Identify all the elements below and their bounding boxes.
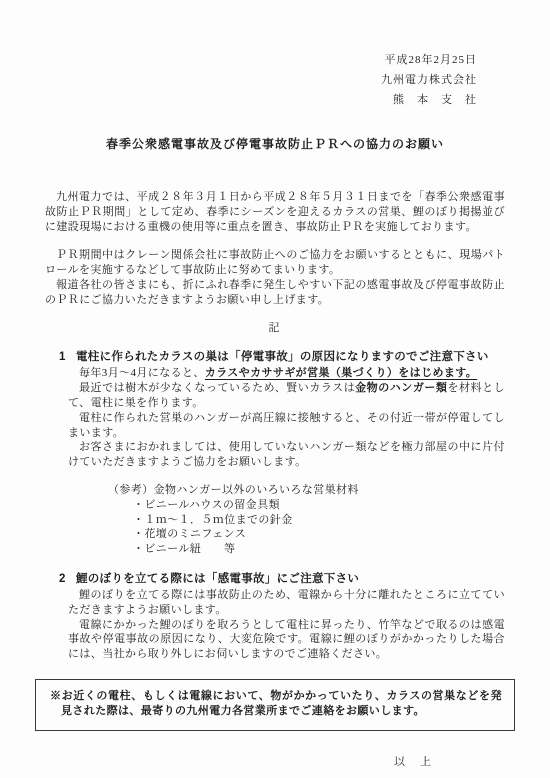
section-2-body: 鯉のぼりを立てる際には事故防止のため、電線から十分に離れたところに立てていただき… — [68, 588, 505, 662]
section-1-heading-text: 電柱に作られたカラスの巣は「停電事故」の原因になりますのでご注意下さい — [76, 350, 489, 365]
record-separator: 記 — [45, 321, 505, 336]
hanger-bold: 金物のハンガー類 — [355, 382, 447, 394]
doc-title: 春季公衆感電事故及び停電事故防止ＰＲへの協力のお願い — [45, 136, 505, 152]
section-2-paragraph-1: 鯉のぼりを立てる際には事故防止のため、電線から十分に離れたところに立てていただき… — [68, 588, 505, 618]
reference-list: ・ビニールハウスの留金具類 ・１ｍ～１．５ｍ位までの針金 ・花壇のミニフェンス … — [133, 498, 505, 557]
intro-paragraph-3: 報道各社の皆さまにも、折にふれ春季に発生しやすい下記の感電事故及び停電事故防止の… — [45, 278, 505, 308]
section-2-heading-text: 鯉のぼりを立てる際には「感電事故」にご注意下さい — [76, 572, 359, 587]
hanger-note-pre: 最近では樹木が少なくなっているため、賢いカラスは — [79, 382, 355, 394]
intro-block: 九州電力では、平成２８年３月１日から平成２８年５月３１日までを「春季公衆感電事故… — [45, 190, 505, 308]
section-2-heading: 2 鯉のぼりを立てる際には「感電事故」にご注意下さい — [45, 572, 505, 587]
document-header: 平成28年2月25日 九州電力株式会社 熊 本 支 社 — [45, 50, 505, 110]
reference-item: ・花壇のミニフェンス — [133, 527, 505, 542]
company-name: 九州電力株式会社 — [45, 70, 477, 90]
section-1-paragraph-2: 最近では樹木が少なくなっているため、賢いカラスは金物のハンガー類を材料として、電… — [68, 381, 505, 411]
section-1-body: 毎年3月～4月になると、カラスやカササギが営巣（巣づくり）をはじめます。 最近で… — [68, 366, 505, 557]
section-2: 2 鯉のぼりを立てる際には「感電事故」にご注意下さい 鯉のぼりを立てる際には事故… — [45, 572, 505, 662]
section-1-heading: 1 電柱に作られたカラスの巣は「停電事故」の原因になりますのでご注意下さい — [45, 350, 505, 365]
section-1: 1 電柱に作られたカラスの巣は「停電事故」の原因になりますのでご注意下さい 毎年… — [45, 350, 505, 557]
closing-label: 以 上 — [45, 755, 505, 770]
season-note: 毎年3月～4月になると、 — [79, 367, 205, 379]
branch-name: 熊 本 支 社 — [45, 90, 477, 110]
intro-paragraph-1: 九州電力では、平成２８年３月１日から平成２８年５月３１日までを「春季公衆感電事故… — [45, 190, 505, 234]
reference-item: ・ビニールハウスの留金具類 — [133, 498, 505, 513]
section-1-paragraph-4: お客さまにおかれましては、使用していないハンガー類などを極力部屋の中に片付けてい… — [68, 440, 505, 470]
section-2-number: 2 — [45, 572, 76, 587]
notice-box: ※お近くの電柱、もしくは電線において、物がかかっていたり、カラスの営巣などを発見… — [35, 679, 515, 731]
intro-paragraph-2: ＰＲ期間中はクレーン関係会社に事故防止へのご協力をお願いするとともに、現場パトロ… — [45, 248, 505, 278]
section-1-number: 1 — [45, 350, 76, 365]
notice-text: ※お近くの電柱、もしくは電線において、物がかかっていたり、カラスの営巣などを発見… — [50, 689, 502, 720]
section-1-paragraph-1: 毎年3月～4月になると、カラスやカササギが営巣（巣づくり）をはじめます。 — [68, 366, 505, 381]
reference-block: （参考）金物ハンガー以外のいろいろな営巣材料 ・ビニールハウスの留金具類 ・１ｍ… — [108, 483, 505, 557]
reference-item: ・１ｍ～１．５ｍ位までの針金 — [133, 513, 505, 528]
section-1-paragraph-3: 電柱に作られた営巣のハンガーが高圧線に接触すると、その付近一帯が停電してしまいま… — [68, 411, 505, 441]
doc-date: 平成28年2月25日 — [45, 50, 477, 70]
reference-label: （参考）金物ハンガー以外のいろいろな営巣材料 — [108, 483, 505, 498]
document-page: 平成28年2月25日 九州電力株式会社 熊 本 支 社 春季公衆感電事故及び停電… — [0, 0, 550, 778]
section-2-paragraph-2: 電線にかかった鯉のぼりを取ろうとして電柱に昇ったり、竹竿などで取るのは感電事故や… — [68, 618, 505, 662]
nesting-emphasis: カラスやカササギが営巣（巣づくり）をはじめます。 — [205, 367, 477, 379]
reference-item: ・ビニール紐 等 — [133, 542, 505, 557]
